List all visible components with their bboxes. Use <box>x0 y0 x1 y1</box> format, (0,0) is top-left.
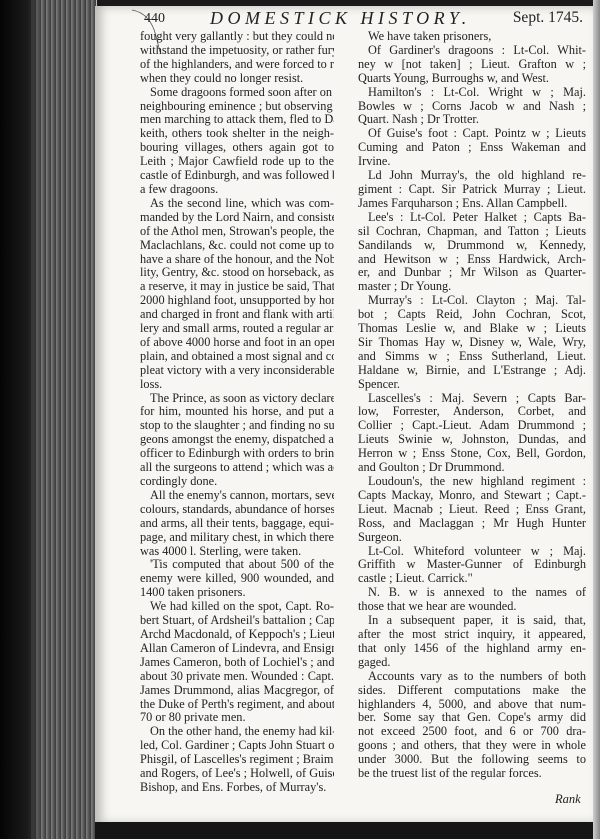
text-line: all the surgeons to attend ; which was a… <box>140 461 334 475</box>
text-line: of above 4000 horse and foot in an open <box>140 336 334 350</box>
text-line: withstand the impetuosity, or rather fur… <box>140 44 334 58</box>
text-line: master ; Dr Young. <box>358 280 586 294</box>
text-line: plain, and obtained a most signal and co… <box>140 350 334 364</box>
text-line: Surgeon. <box>358 531 586 545</box>
text-line: In a subsequent paper, it is said, that, <box>358 614 586 628</box>
text-line: On the other hand, the enemy had kil- <box>140 725 334 739</box>
text-line: gaged. <box>358 656 586 670</box>
page-number: 440 <box>144 11 165 27</box>
text-line: those that we hear are wounded. <box>358 600 586 614</box>
text-line: giment : Capt. Sir Patrick Murray ; Lieu… <box>358 183 586 197</box>
text-line: geons amongst the enemy, dispatched an <box>140 433 334 447</box>
text-line: pleat victory with a very inconsiderable <box>140 364 334 378</box>
text-line: men marching to attack them, fled to Dal… <box>140 113 334 127</box>
text-line: low, Forrester, Anderson, Corbet, and <box>358 405 586 419</box>
text-line: under 3000. But the following seems to <box>358 753 586 767</box>
text-line: Lieut. Macnab ; Lieut. Reed ; Enss Grant… <box>358 503 586 517</box>
text-line: officer to Edinburgh with orders to brin… <box>140 447 334 461</box>
text-line: Ld John Murray's, the old highland re- <box>358 169 586 183</box>
text-line: 'Tis computed that about 500 of the <box>140 558 334 572</box>
text-line: Of Guise's foot : Capt. Pointz w ; Lieut… <box>358 127 586 141</box>
text-line: not exceed 2500 foot, and 6 or 700 dra- <box>358 725 586 739</box>
text-line: after the most strict inquiry, it appear… <box>358 628 586 642</box>
text-line: 1400 taken prisoners. <box>140 586 334 600</box>
right-column: We have taken prisoners,Of Gardiner's dr… <box>358 30 586 781</box>
text-line: Maclachlans, &c. could not come up to <box>140 239 334 253</box>
text-line: er, and Dunbar ; Mr Wilson as Quarter- <box>358 266 586 280</box>
text-line: Accounts vary as to the numbers of both <box>358 670 586 684</box>
text-line: 70 or 80 private men. <box>140 711 334 725</box>
page-header: 440 DOMESTICK HISTORY. Sept. 1745. <box>148 8 593 30</box>
text-line: and arms, all their tents, baggage, equi… <box>140 517 334 531</box>
text-line: when they could no longer resist. <box>140 72 334 86</box>
text-line: 2000 highland foot, unsupported by horse… <box>140 294 334 308</box>
text-line: enemy were killed, 900 wounded, and <box>140 572 334 586</box>
text-line: Ross, and Maclaggan ; Mr Hugh Hunter <box>358 517 586 531</box>
text-line: of the Athol men, Strowan's people, the <box>140 225 334 239</box>
text-line: Lee's : Lt-Col. Peter Halket ; Capts Ba- <box>358 211 586 225</box>
text-line: Thomas Leslie w, and Blake w ; Lieuts <box>358 322 586 336</box>
text-line: that only 1456 of the highland army en- <box>358 642 586 656</box>
text-line: Lt-Col. Whiteford volunteer w ; Maj. <box>358 545 586 559</box>
text-line: Archd Macdonald, of Keppoch's ; Lieut. <box>140 628 334 642</box>
text-line: Griffith w Master-Gunner of Edinburgh <box>358 558 586 572</box>
text-line: ney w [not taken] ; Lieut. Grafton w ; <box>358 58 586 72</box>
text-line: cordingly done. <box>140 475 334 489</box>
text-line: manded by the Lord Nairn, and consisted <box>140 211 334 225</box>
text-line: Lascelles's : Maj. Severn ; Capts Bar- <box>358 392 586 406</box>
text-line: Cuming and Paton ; Enss Wakeman and <box>358 141 586 155</box>
text-line: lity, Gentry, &c. stood on horseback, as <box>140 266 334 280</box>
catchword: Rank <box>555 792 581 807</box>
text-line: about 30 private men. Wounded : Capt. <box>140 670 334 684</box>
text-line: bouring villages, others again got to <box>140 141 334 155</box>
page-right-edge <box>593 0 600 839</box>
text-line: ber. Some say that Gen. Cope's army did <box>358 711 586 725</box>
text-line: fought very gallantly : but they could n… <box>140 30 334 44</box>
text-line: bert Stuart, of Ardsheil's battalion ; C… <box>140 614 334 628</box>
text-line: bot ; Capts Reid, John Cochran, Scot, <box>358 308 586 322</box>
text-line: sides. Different computations make the <box>358 684 586 698</box>
text-line: Phisgil, of Lascelles's regiment ; Braim… <box>140 753 334 767</box>
text-line: Hamilton's : Lt-Col. Wright w ; Maj. <box>358 86 586 100</box>
text-line: Quart. Nash ; Dr Trotter. <box>358 113 586 127</box>
text-line: Loudoun's, the new highland regiment : <box>358 475 586 489</box>
text-line: Lieuts Swinie w, Johnston, Dundas, and <box>358 433 586 447</box>
text-line: neighbouring eminence ; but observing ou… <box>140 100 334 114</box>
left-column: fought very gallantly : but they could n… <box>140 30 334 795</box>
text-line: led, Col. Gardiner ; Capts John Stuart o… <box>140 739 334 753</box>
book-spine-shadow <box>0 0 40 839</box>
text-line: Some dragoons formed soon after on a <box>140 86 334 100</box>
page-bottom-shadow <box>95 822 600 839</box>
text-line: a reserve, it may in justice be said, Th… <box>140 280 334 294</box>
text-line: lery and small arms, routed a regular ar… <box>140 322 334 336</box>
text-line: a few dragoons. <box>140 183 334 197</box>
text-line: James Farquharson ; Ens. Allan Campbell. <box>358 197 586 211</box>
text-line: As the second line, which was com- <box>140 197 334 211</box>
text-line: have a share of the honour, and the Nobi… <box>140 253 334 267</box>
text-line: and Goulton ; Dr Drummond. <box>358 461 586 475</box>
text-line: Spencer. <box>358 378 586 392</box>
text-line: Haldane w, Birnie, and L'Estrange ; Adj. <box>358 364 586 378</box>
text-line: Quarts Young, Burroughs w, and West. <box>358 72 586 86</box>
text-line: page, and military chest, in which there <box>140 531 334 545</box>
text-line: Of Gardiner's dragoons : Lt-Col. Whit- <box>358 44 586 58</box>
text-line: N. B. w is annexed to the names of <box>358 586 586 600</box>
text-line: was 4000 l. Sterling, were taken. <box>140 545 334 559</box>
text-line: goons ; and others, that they were in wh… <box>358 739 586 753</box>
text-line: be the truest list of the regular forces… <box>358 767 586 781</box>
text-line: James Cameron, both of Lochiel's ; and <box>140 656 334 670</box>
text-line: Leith ; Major Cawfield rode up to the <box>140 155 334 169</box>
text-line: Bishop, and Ens. Forbes, of Murray's. <box>140 781 334 795</box>
text-line: Collier ; Capt.-Lieut. Adam Drummond ; <box>358 419 586 433</box>
text-line: and charged in front and flank with arti… <box>140 308 334 322</box>
text-line: keith, others took shelter in the neigh- <box>140 127 334 141</box>
text-line: All the enemy's cannon, mortars, several <box>140 489 334 503</box>
text-line: for him, mounted his horse, and put a <box>140 405 334 419</box>
text-line: of the highlanders, and were forced to r… <box>140 58 334 72</box>
text-line: loss. <box>140 378 334 392</box>
header-date: Sept. 1745. <box>513 9 583 27</box>
text-line: colours, standards, abundance of horses <box>140 503 334 517</box>
text-line: the Duke of Perth's regiment, and about <box>140 698 334 712</box>
text-line: Sandilands w, Drummond w, Kennedy, <box>358 239 586 253</box>
text-line: We have taken prisoners, <box>358 30 586 44</box>
text-line: The Prince, as soon as victory declared <box>140 392 334 406</box>
text-line: Capts Mackay, Monro, and Stewart ; Capt.… <box>358 489 586 503</box>
text-line: We had killed on the spot, Capt. Ro- <box>140 600 334 614</box>
text-line: and Rogers, of Lee's ; Holwell, of Guise… <box>140 767 334 781</box>
text-line: Allan Cameron of Lindevra, and Ensign <box>140 642 334 656</box>
text-line: highlanders 4, 5000, and above that num- <box>358 698 586 712</box>
text-line: Murray's : Lt-Col. Clayton ; Maj. Tal- <box>358 294 586 308</box>
text-line: Irvine. <box>358 155 586 169</box>
running-title: DOMESTICK HISTORY. <box>210 8 471 29</box>
text-line: castle of Edinburgh, and was followed by <box>140 169 334 183</box>
text-line: Sir Thomas Hay w, Disney w, Wale, Wry, <box>358 336 586 350</box>
text-line: Bowles w ; Corns Jacob w and Nash ; <box>358 100 586 114</box>
text-line: Herron w ; Enss Stone, Cox, Bell, Gordon… <box>358 447 586 461</box>
text-line: and Hewitson w ; Enss Hardwick, Arch- <box>358 253 586 267</box>
text-line: James Drummond, alias Macgregor, of <box>140 684 334 698</box>
text-line: castle ; Lieut. Carrick." <box>358 572 586 586</box>
text-line: stop to the slaughter ; and finding no s… <box>140 419 334 433</box>
text-line: and Simms w ; Enss Sutherland, Lieut. <box>358 350 586 364</box>
text-line: sil Cochran, Chapman, and Tatton ; Lieut… <box>358 225 586 239</box>
